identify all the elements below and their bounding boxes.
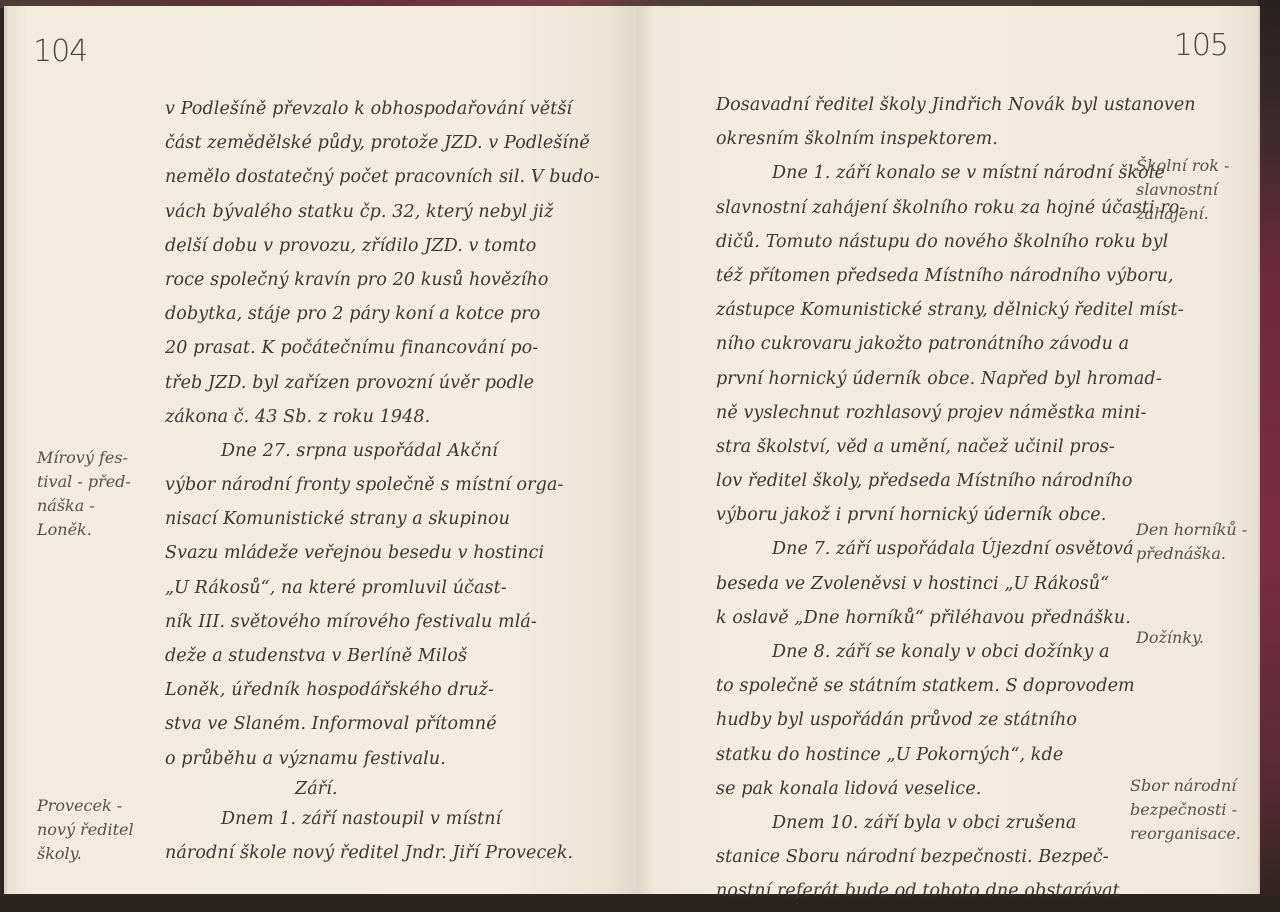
- text-line: zástupce Komunistické strany, dělnický ř…: [716, 293, 1156, 327]
- text-line: „U Rákosů“, na které promluvil účast-: [165, 571, 625, 605]
- text-line: ně vyslechnut rozhlasový projev náměstka…: [716, 396, 1156, 430]
- paragraph-start-line: Dne 7. září uspořádala Újezdní osvětová: [716, 532, 1156, 566]
- text-line: roce společný kravín pro 20 kusů hovězíh…: [165, 263, 625, 297]
- text-line: ního cukrovaru jakožto patronátního závo…: [716, 327, 1156, 361]
- page-number: 104: [33, 34, 87, 69]
- page-body-text: Dosavadní ředitel školy Jindřich Novák b…: [716, 88, 1156, 909]
- text-line: to společně se státním statkem. S doprov…: [716, 669, 1156, 703]
- text-line: Svazu mládeže veřejnou besedu v hostinci: [165, 536, 625, 570]
- margin-note-miners-day: Den horníků - přednáška.: [1136, 518, 1247, 566]
- text-line: třeb JZD. byl zařízen provozní úvěr podl…: [165, 366, 625, 400]
- text-line: část zemědělské půdy, protože JZD. v Pod…: [165, 126, 625, 160]
- text-line: hudby byl uspořádán průvod ze státního: [716, 703, 1156, 737]
- text-line: v Podlešíně převzalo k obhospodařování v…: [165, 92, 625, 126]
- text-line: okresním školním inspektorem.: [716, 122, 1156, 156]
- left-page: 104 v Podlešíně převzalo k obhospodařová…: [4, 6, 636, 894]
- book-cover-right-edge: [1258, 0, 1280, 912]
- margin-note-harvest-festival: Dožínky.: [1136, 626, 1204, 650]
- text-line: o průběhu a významu festivalu.: [165, 742, 625, 776]
- text-line: delší dobu v provozu, zřídilo JZD. v tom…: [165, 229, 625, 263]
- text-line: ník III. světového mírového festivalu ml…: [165, 605, 625, 639]
- text-line: 20 prasat. K počátečnímu financování po-: [165, 331, 625, 365]
- month-heading: Září.: [165, 776, 625, 802]
- text-line: též přítomen předseda Místního národního…: [716, 259, 1156, 293]
- text-line: se pak konala lidová veselice.: [716, 772, 1156, 806]
- text-line: beseda ve Zvoleněvsi v hostinci „U Rákos…: [716, 567, 1156, 601]
- text-line: deže a studenstva v Berlíně Miloš: [165, 639, 625, 673]
- page-body-text: v Podlešíně převzalo k obhospodařování v…: [165, 92, 625, 870]
- margin-note-security-corps: Sbor národní bezpečnosti - reorganisace.: [1130, 774, 1241, 846]
- right-page: 105 Dosavadní ředitel školy Jindřich Nov…: [636, 6, 1260, 894]
- margin-note-new-headmaster: Provecek - nový ředitel školy.: [37, 794, 134, 866]
- book-scan: 104 v Podlešíně převzalo k obhospodařová…: [0, 0, 1280, 912]
- page-number: 105: [1174, 28, 1228, 63]
- margin-note-school-year: Školní rok - slavnostní zahájení.: [1136, 154, 1229, 226]
- paragraph-start-line: Dnem 1. září nastoupil v místní: [165, 802, 625, 836]
- margin-note-peace-festival: Mírový fes- tival - před- náška - Loněk.: [37, 446, 131, 542]
- text-line: nostní referát bude od tohoto dne obstar…: [716, 874, 1156, 908]
- text-line: národní škole nový ředitel Jndr. Jiří Pr…: [165, 836, 625, 870]
- text-line: první hornický úderník obce. Napřed byl …: [716, 362, 1156, 396]
- text-line: stanice Sboru národní bezpečnosti. Bezpe…: [716, 840, 1156, 874]
- text-line: nisací Komunistické strany a skupinou: [165, 502, 625, 536]
- paragraph-start-line: Dne 8. září se konaly v obci dožínky a: [716, 635, 1156, 669]
- text-line: lov ředitel školy, předseda Místního nár…: [716, 464, 1156, 498]
- text-line: nemělo dostatečný počet pracovních sil. …: [165, 160, 625, 194]
- text-line: Loněk, úředník hospodářského druž-: [165, 673, 625, 707]
- text-line: stra školství, věd a umění, načež učinil…: [716, 430, 1156, 464]
- paragraph-start-line: Dne 1. září konalo se v místní národní š…: [716, 156, 1156, 190]
- text-line: výbor národní fronty společně s místní o…: [165, 468, 625, 502]
- text-line: statku do hostince „U Pokorných“, kde: [716, 738, 1156, 772]
- text-line: výboru jakož i první hornický úderník ob…: [716, 498, 1156, 532]
- text-line: Dosavadní ředitel školy Jindřich Novák b…: [716, 88, 1156, 122]
- text-line: stva ve Slaném. Informoval přítomné: [165, 707, 625, 741]
- text-line: dobytka, stáje pro 2 páry koní a kotce p…: [165, 297, 625, 331]
- text-line: zákona č. 43 Sb. z roku 1948.: [165, 400, 625, 434]
- text-line: dičů. Tomuto nástupu do nového školního …: [716, 225, 1156, 259]
- paragraph-start-line: Dnem 10. září byla v obci zrušena: [716, 806, 1156, 840]
- text-line: vách bývalého statku čp. 32, který nebyl…: [165, 195, 625, 229]
- text-line: slavnostní zahájení školního roku za hoj…: [716, 191, 1156, 225]
- text-line: k oslavě „Dne horníků“ přiléhavou předná…: [716, 601, 1156, 635]
- paragraph-start-line: Dne 27. srpna uspořádal Akční: [165, 434, 625, 468]
